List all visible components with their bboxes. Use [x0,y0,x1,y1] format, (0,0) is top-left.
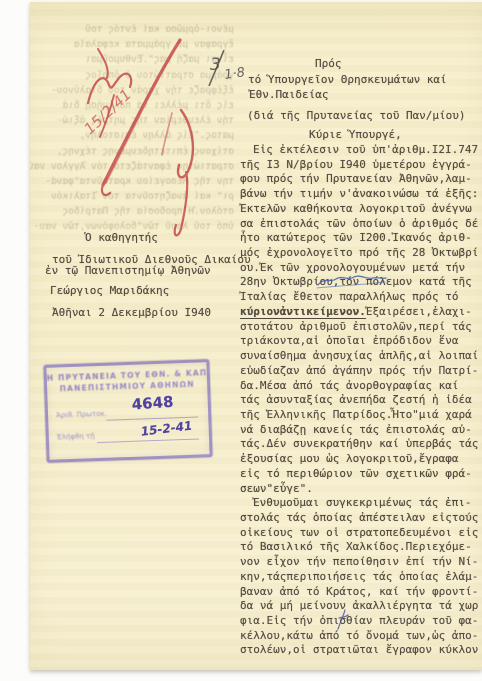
bleedthrough-line: την τῆς Μεσογείου κρατοῦντα"φανά- [30,174,234,189]
letter-body-line: 28ην Ὀκτωβρίου,τόν πόλεμον κατά τῆς [240,275,482,290]
letter-body-line: κην,τάςπεριποιήσεις τάς ὁποίας ἐλάμ- [240,570,482,585]
sender-university: ἐν τῷ Πανεπιστημίῳ Ἀθηνῶν [45,264,211,277]
letter-body-line: Ἐκτελῶν καθήκοντα λογοκριτοῦ ἀνέγνω [240,202,482,217]
letter-body-line: νά διαβάζῃ κανείς τάς ἐπιστολάς αὐ- [240,423,482,438]
bleedthrough-line: γράμμα στρατιώτου ὁ ὁποῖος [30,68,234,83]
salutation: Κύριε Ὑπουργέ, [309,128,402,141]
letter-body-line: δα.Μέσα ἀπό τάς ἀνορθογραφίας καί [240,379,482,394]
letter-body-line: στολάς τάς ὁποίας ἀπέστειλαν εἰςτούς [240,511,482,526]
recipient-heading: Πρός [315,57,342,70]
letter-body-line: δα νά μή μείνουν ἀκαλλιέργητα τά χωρ [240,599,482,614]
letter-body-line: κέλλου,κάτω ἀπό τό ὄνομά των,ὡς ἀπο- [240,629,482,644]
letter-date: Ἀθῆναι 2 Δεκεμβρίου Ι940 [52,306,211,319]
letter-body-line: βάνω τήν τιμήν ν'ἀνακοινώσω τά ἑξῆς: [240,187,482,202]
letter-body: Εἰς ἐκτέλεσιν τοῦ ὑπ'ἀριθμ.Ι2Ι.747τῆς Ι3… [240,143,482,658]
stamp-received-date: 15-2-41 [140,419,193,439]
letter-body-line: συναίσθημα ἀνησυχίας ἁπλῆς,αἱ λοιπαί [240,349,482,364]
letter-body-line: Ἐνθυμοῦμαι συγκεκριμένως τάς ἐπι- [240,496,482,511]
bleedthrough-line: ἐξέφραζε τήν χαράν τοῦ διαλύνου- [30,83,234,98]
letter-body-line: κύριονἀντικείμενον.Ἐξαιρέσει,ἐλαχι- [240,305,482,320]
letter-body-line: νον εἶχον τήν πεποίθησιν ἐπί τήν Νί- [240,555,482,570]
bleedthrough-text: μένοι-ὁρμῶσα καί ἐντός τοῦἔγραψαν μέ γρά… [30,22,234,235]
bleedthrough-line: ρι" καί ἀναζητοῦντα τόν Ἰταλικόν [30,189,234,204]
letter-body-line: τό Βασιλικό τῆς Χαλκίδος.Περιεχόμε- [240,540,482,555]
bleedthrough-line: τήν ἐλευθερίαν τῆς μητρός ἀξιώ- [30,113,234,128]
letter-body-line: σεων"εὖγε". [240,482,482,497]
recipient-ministry: τό Ὑπουργεῖον Θρησκευμάτων καί [248,73,447,86]
letter-body-line: τῆς Ι3 Ν/βρίου Ι940 ὑμετέρου ἐγγρά- [240,158,482,173]
bleedthrough-line: ἔγραψαν μέ γράμματα κεφαλαῖα [30,37,234,52]
letter-body-line: ἦτο κατώτερος τῶν Ι200.Ἱκανός ἀριθ- [240,231,482,246]
letter-body-line: εἰς τό περιθώριον τῶν σχετικῶν φρά- [240,467,482,482]
bleedthrough-line: στίχους ἐπιτετηδευμένης τέχνης, [30,144,234,159]
letter-body-line: στοτάτου ἀριθμοῦ ἐπιστολῶν,περί τάς [240,320,482,335]
letter-body-line: τάς.Δέν συνεκρατήθην καί ὑπερβάς τάς [240,437,482,452]
letter-body-line: Εἰς ἐκτέλεσιν τοῦ ὑπ'ἀριθμ.Ι2Ι.747 [240,143,482,158]
letter-body-line: τριάκοντα,αἱ ὁποῖαι ἐπρόδιδον ἕνα [240,334,482,349]
letter-body-line: ου.Ἐκ τῶν χρονολογουμένων μετά τήν [240,261,482,276]
letter-body-line: εὐωδίαζαν ἀπό ἀγάπην πρός τήν Πατρί- [240,364,482,379]
document-page: μένοι-ὁρμῶσα καί ἐντός τοῦἔγραψαν μέ γρά… [30,2,482,670]
stamp-received-label: Ἐλήφθη τῇ [57,432,95,441]
sender-title: Ὁ καθηγητής [85,231,158,244]
letter-body-line: βαναν ἀπό τό Κράτος, καί τήν φροντί- [240,585,482,600]
letter-body-line: μός ἐχρονολογεῖτο πρό τῆς 28 Ὀκτωβρί [240,246,482,261]
bleedthrough-line: ματος."Εἰς ἄλλην ἐπιστολήν, [30,128,234,143]
letter-body-line: φου πρός τήν Πρυτανείαν Ἀθηνῶν,λαμ- [240,172,482,187]
recipient-ministry-2: Ἐθν.Παιδείας [249,88,328,101]
stamp-protocol-number: 4648 [131,393,174,414]
stamp-received-line [97,438,199,444]
letter-body-line: τάς ἀσυνταξίας ἀνεπήδα ζεστή ἡ ἰδέα [240,393,482,408]
stamp-protocol-label: Ἀριθ. Πρωτοκ. [56,410,107,420]
registry-stamp: Η ΠΡΥΤΑΝΕΙΑ ΤΟΥ ΕΘΝ. & ΚΑΠ. ΠΑΝΕΠΙΣΤΗΜΙΟ… [43,359,212,463]
letter-body-line: τῆς Ἑλληνικῆς Πατρίδος.Ἦτο"μιά χαρά [240,408,482,423]
bleedthrough-line: στόλον.Ἡ προδοσία τῆς Πατρίδος [30,204,234,219]
letter-body-line: σα ἐπιστολάς τῶν ὁποίων ὁ ἀριθμός δέ [240,217,482,232]
sender-name: Γεώργιος Μαριδάκης [50,284,169,297]
letter-body-line: φια.Εἰς τήν ὀπισθίαν πλευράν τοῦ φα- [240,614,482,629]
letter-body-line: οἰκείους των οἱ στρατοπεδευμένοι εἰς [240,526,482,541]
letter-body-line: Ἰταλίας ἔθετον παραλλήλως πρός τό [240,290,482,305]
letter-body-line: στολέων,οἱ στρατιῶται ἔγραφον κύκλον [240,643,482,658]
recipient-via: (διά τῆς Πρυτανείας τοῦ Παν/μίου) [247,109,466,122]
underlined-phrase: κύριονἀντικείμενον. [240,305,366,319]
bleedthrough-line: εἰς ὅτι μέλλει νά πολεμήσῃ διά [30,98,234,113]
letter-body-line: ἐξουσίας μου ὡς λογοκριτοῦ,ἔγραφα [240,452,482,467]
bleedthrough-line: εἶναι μαζή μας".Ἐνθυμοῦμαι [30,52,234,67]
bleedthrough-line: μένοι-ὁρμῶσα καί ἐντός τοῦ [30,22,234,37]
bleedthrough-line: στρατιώτης ἐφαντάζετο τόν Ἄγγλον ναύ- [30,159,234,174]
